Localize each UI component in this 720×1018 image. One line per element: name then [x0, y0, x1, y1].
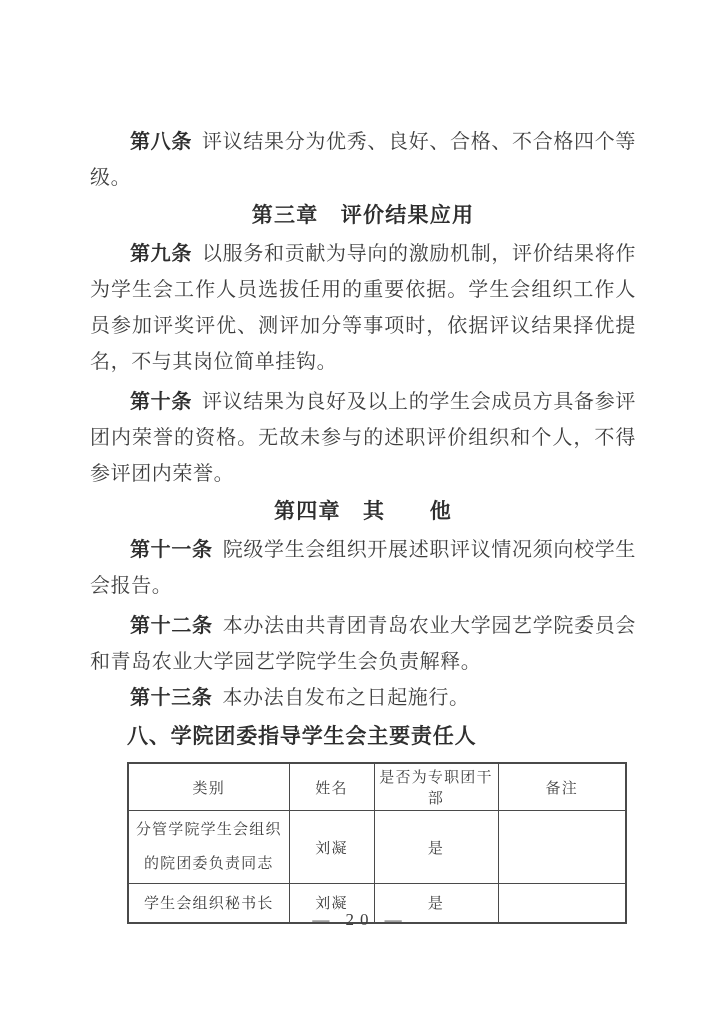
table-header-row: 类别 姓名 是否为专职团干部 备注 — [128, 763, 626, 811]
paragraph-article-9: 第九条以服务和贡献为导向的激励机制，评价结果将作为学生会工作人员选拔任用的重要依… — [90, 236, 636, 380]
document-page: 第八条评议结果分为优秀、良好、合格、不合格四个等级。 第三章 评价结果应用 第九… — [0, 0, 720, 1018]
chapter-4-heading: 第四章 其 他 — [90, 492, 636, 532]
cell-name: 刘凝 — [289, 811, 374, 884]
article-9-label: 第九条 — [130, 243, 192, 265]
chapter-3-heading: 第三章 评价结果应用 — [90, 196, 636, 236]
paragraph-article-10: 第十条评议结果为良好及以上的学生会成员方具备参评团内荣誉的资格。无故未参与的述职… — [90, 384, 636, 492]
table-header-name: 姓名 — [289, 763, 374, 811]
article-13-label: 第十三条 — [130, 687, 212, 709]
cell-category: 分管学院学生会组织的院团委负责同志 — [128, 811, 289, 884]
table-header-remark: 备注 — [498, 763, 626, 811]
responsible-persons-table: 类别 姓名 是否为专职团干部 备注 分管学院学生会组织的院团委负责同志 刘凝 是… — [127, 762, 627, 924]
article-10-label: 第十条 — [130, 391, 192, 413]
article-8-label: 第八条 — [130, 131, 192, 153]
article-11-label: 第十一条 — [130, 539, 213, 561]
paragraph-article-8: 第八条评议结果分为优秀、良好、合格、不合格四个等级。 — [90, 124, 636, 196]
table-header-full-time-cadre: 是否为专职团干部 — [374, 763, 498, 811]
section-8-title: 八、学院团委指导学生会主要责任人 — [127, 718, 636, 756]
paragraph-article-12: 第十二条本办法由共青团青岛农业大学园艺学院委员会和青岛农业大学园艺学院学生会负责… — [90, 608, 636, 680]
document-content: 第八条评议结果分为优秀、良好、合格、不合格四个等级。 第三章 评价结果应用 第九… — [90, 124, 636, 924]
paragraph-article-11: 第十一条院级学生会组织开展述职评议情况须向校学生会报告。 — [90, 532, 636, 604]
article-12-label: 第十二条 — [130, 615, 213, 637]
table-row: 分管学院学生会组织的院团委负责同志 刘凝 是 — [128, 811, 626, 884]
paragraph-article-13: 第十三条本办法自发布之日起施行。 — [90, 680, 636, 716]
page-number: — 20 — — [0, 906, 720, 934]
cell-remark — [498, 811, 626, 884]
article-13-text: 本办法自发布之日起施行。 — [222, 687, 469, 709]
table-header-category: 类别 — [128, 763, 289, 811]
cell-full-time: 是 — [374, 811, 498, 884]
